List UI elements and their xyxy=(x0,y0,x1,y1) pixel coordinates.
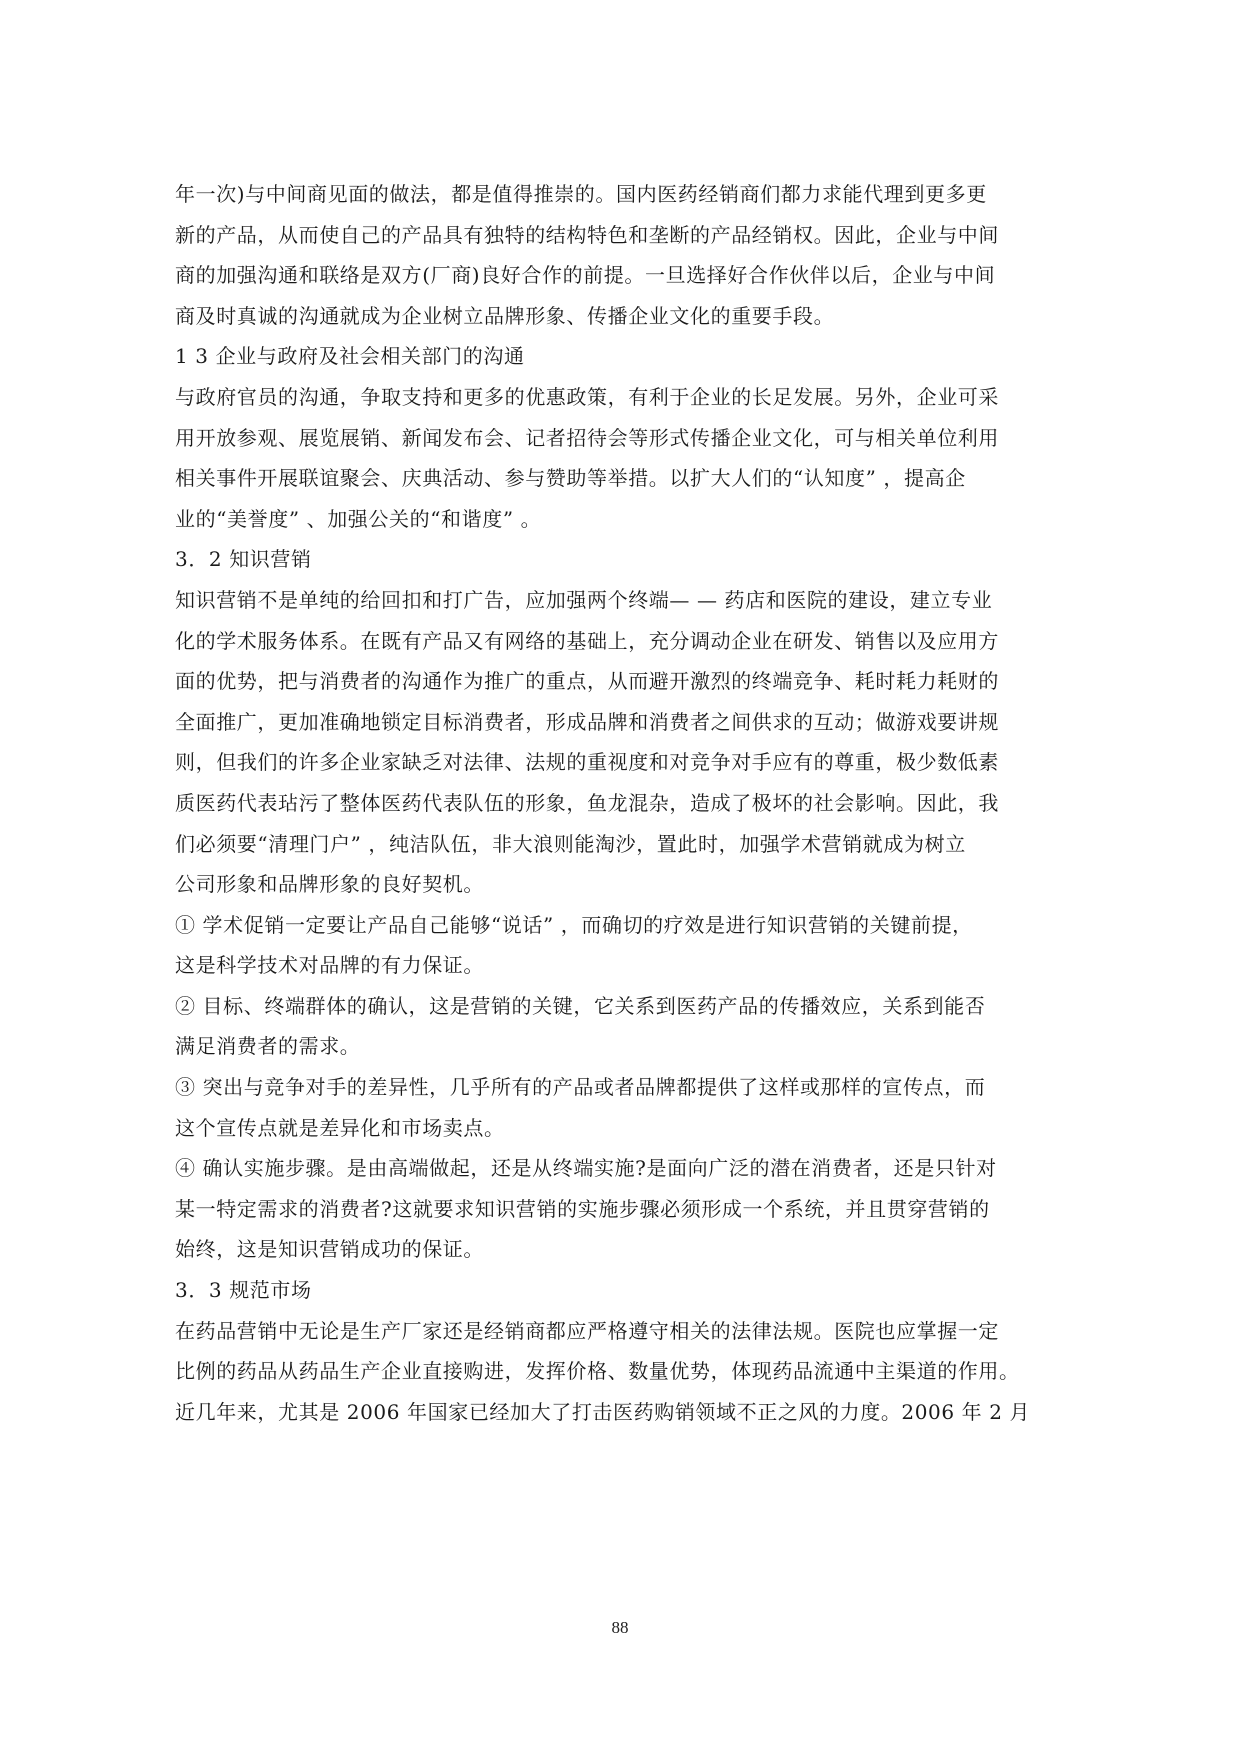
text-line: ① 学术促销一定要让产品自己能够“说话” ，而确切的疗效是进行知识营销的关键前提… xyxy=(175,905,1059,946)
text-line: 用开放参观、展览展销、新闻发布会、记者招待会等形式传播企业文化，可与相关单位利用 xyxy=(175,418,1059,459)
paragraph-knowledge-marketing: 知识营销不是单纯的给回扣和打广告，应加强两个终端— — 药店和医院的建设，建立专… xyxy=(175,580,1059,905)
text-line: 们必须要“清理门户” ，纯洁队伍，非大浪则能淘沙，置此时，加强学术营销就成为树立 xyxy=(175,824,1059,865)
text-line: ② 目标、终端群体的确认，这是营销的关键，它关系到医药产品的传播效应，关系到能否 xyxy=(175,986,1059,1027)
list-item-4: ④ 确认实施步骤。是由高端做起，还是从终端实施?是面向广泛的潜在消费者，还是只针… xyxy=(175,1148,1059,1270)
text-line: 相关事件开展联谊聚会、庆典活动、参与赞助等举措。以扩大人们的“认知度” ，提高企 xyxy=(175,458,1059,499)
text-line: 化的学术服务体系。在既有产品又有网络的基础上，充分调动企业在研发、销售以及应用方 xyxy=(175,621,1059,662)
text-line: 面的优势，把与消费者的沟通作为推广的重点，从而避开激烈的终端竞争、耗时耗力耗财的 xyxy=(175,661,1059,702)
text-line: 某一特定需求的消费者?这就要求知识营销的实施步骤必须形成一个系统，并且贯穿营销的 xyxy=(175,1189,1059,1230)
text-line: 年一次)与中间商见面的做法，都是值得推崇的。国内医药经销商们都力求能代理到更多更 xyxy=(175,174,1059,215)
text-line: 在药品营销中无论是生产厂家还是经销商都应严格遵守相关的法律法规。医院也应掌握一定 xyxy=(175,1311,1059,1352)
text-line: 质医药代表玷污了整体医药代表队伍的形象，鱼龙混杂，造成了极坏的社会影响。因此，我 xyxy=(175,783,1059,824)
text-line: 商及时真诚的沟通就成为企业树立品牌形象、传播企业文化的重要手段。 xyxy=(175,296,1059,337)
paragraph-regulate-market: 在药品营销中无论是生产厂家还是经销商都应严格遵守相关的法律法规。医院也应掌握一定… xyxy=(175,1311,1059,1433)
page-number: 88 xyxy=(0,1618,1240,1638)
text-line: ④ 确认实施步骤。是由高端做起，还是从终端实施?是面向广泛的潜在消费者，还是只针… xyxy=(175,1148,1059,1189)
text-line: 始终，这是知识营销成功的保证。 xyxy=(175,1229,1059,1270)
section-heading-3-2: 3．2 知识营销 xyxy=(175,539,1059,580)
list-item-1: ① 学术促销一定要让产品自己能够“说话” ，而确切的疗效是进行知识营销的关键前提… xyxy=(175,905,1059,986)
text-line: 这个宣传点就是差异化和市场卖点。 xyxy=(175,1108,1059,1149)
document-body: 年一次)与中间商见面的做法，都是值得推崇的。国内医药经销商们都力求能代理到更多更… xyxy=(175,174,1059,1432)
text-line: 全面推广，更加准确地锁定目标消费者，形成品牌和消费者之间供求的互动；做游戏要讲规 xyxy=(175,702,1059,743)
text-line: 与政府官员的沟通，争取支持和更多的优惠政策，有利于企业的长足发展。另外，企业可采 xyxy=(175,377,1059,418)
text-line: 商的加强沟通和联络是双方(厂商)良好合作的前提。一旦选择好合作伙伴以后，企业与中… xyxy=(175,255,1059,296)
text-line: 新的产品，从而使自己的产品具有独特的结构特色和垄断的产品经销权。因此，企业与中间 xyxy=(175,215,1059,256)
list-item-3: ③ 突出与竞争对手的差异性，几乎所有的产品或者品牌都提供了这样或那样的宣传点，而… xyxy=(175,1067,1059,1148)
text-line: 满足消费者的需求。 xyxy=(175,1026,1059,1067)
section-heading-1-3: 1 3 企业与政府及社会相关部门的沟通 xyxy=(175,336,1059,377)
section-heading-3-3: 3．3 规范市场 xyxy=(175,1270,1059,1311)
text-line: 这是科学技术对品牌的有力保证。 xyxy=(175,945,1059,986)
text-line: 比例的药品从药品生产企业直接购进，发挥价格、数量优势，体现药品流通中主渠道的作用… xyxy=(175,1351,1059,1392)
text-line: ③ 突出与竞争对手的差异性，几乎所有的产品或者品牌都提供了这样或那样的宣传点，而 xyxy=(175,1067,1059,1108)
paragraph-intermediary-communication: 年一次)与中间商见面的做法，都是值得推崇的。国内医药经销商们都力求能代理到更多更… xyxy=(175,174,1059,336)
text-line: 则，但我们的许多企业家缺乏对法律、法规的重视度和对竞争对手应有的尊重，极少数低素 xyxy=(175,742,1059,783)
text-line: 知识营销不是单纯的给回扣和打广告，应加强两个终端— — 药店和医院的建设，建立专… xyxy=(175,580,1059,621)
list-item-2: ② 目标、终端群体的确认，这是营销的关键，它关系到医药产品的传播效应，关系到能否… xyxy=(175,986,1059,1067)
text-line: 公司形象和品牌形象的良好契机。 xyxy=(175,864,1059,905)
text-line: 业的“美誉度” 、加强公关的“和谐度” 。 xyxy=(175,499,1059,540)
text-line: 近几年来，尤其是 2006 年国家已经加大了打击医药购销领域不正之风的力度。20… xyxy=(175,1392,1059,1433)
paragraph-government-communication: 与政府官员的沟通，争取支持和更多的优惠政策，有利于企业的长足发展。另外，企业可采… xyxy=(175,377,1059,539)
